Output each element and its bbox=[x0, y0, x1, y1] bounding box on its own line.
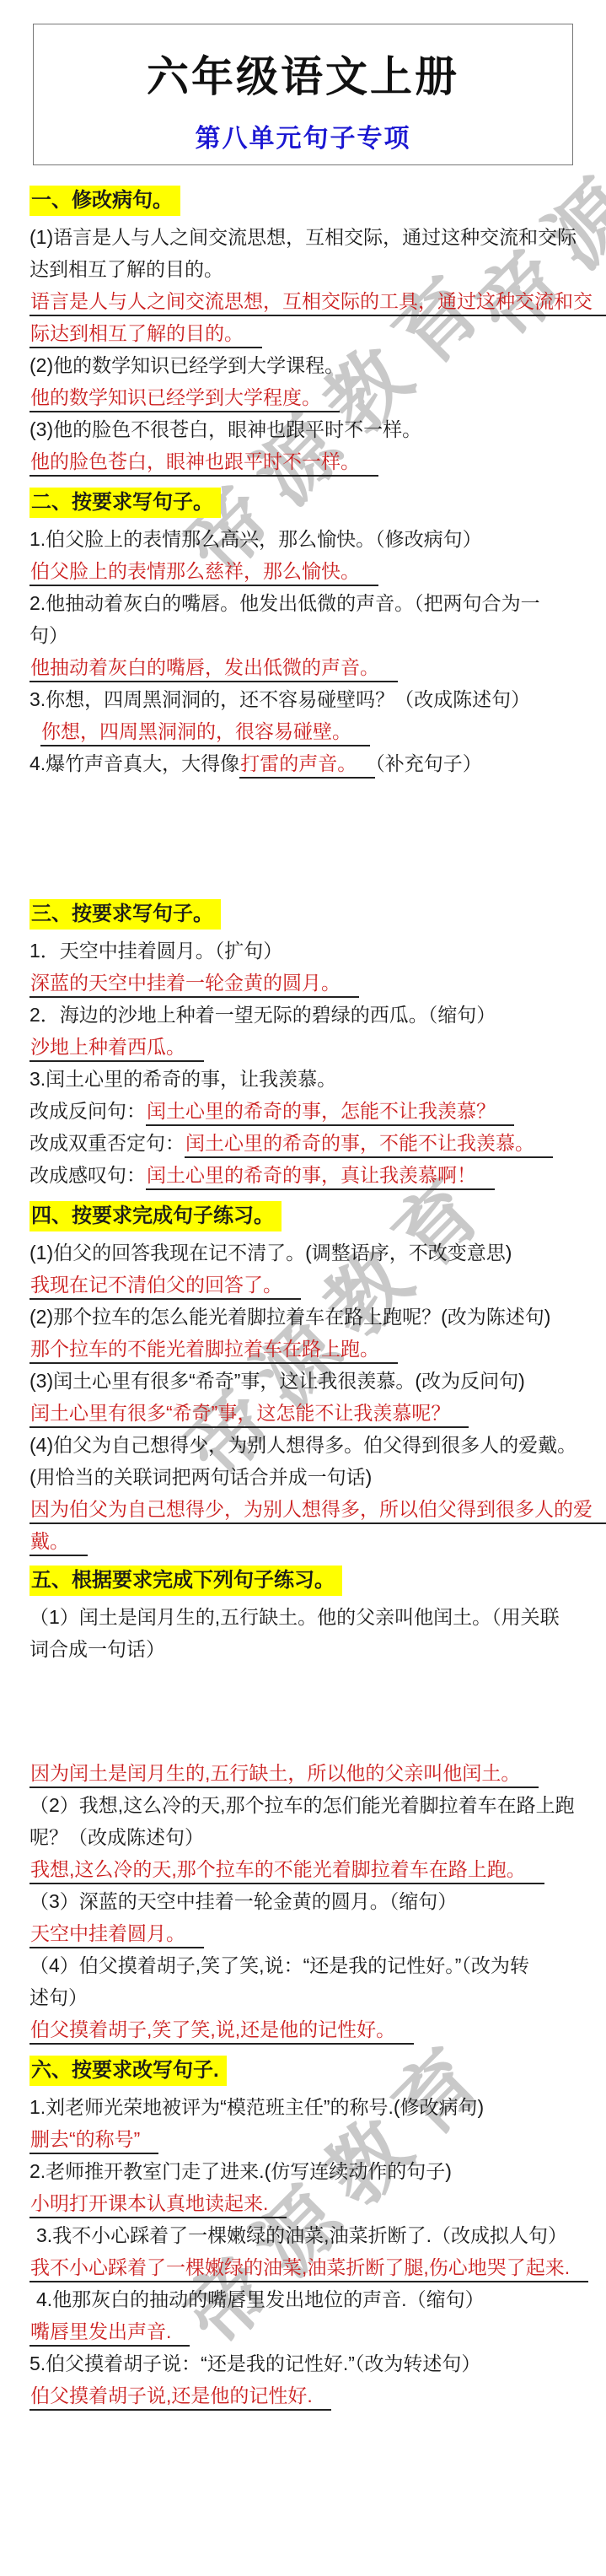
question-text: 述句） bbox=[29, 1986, 88, 2008]
section-4: 四、按要求完成句子练习。(1)伯父的回答我现在记不清了。(调整语序，不改变意思)… bbox=[29, 1201, 582, 1559]
answer-text: 因为伯父为自己想得少，为别人想得多，所以伯父得到很多人的爱 bbox=[29, 1498, 606, 1524]
text-line: 删去“的称号” bbox=[29, 2125, 582, 2157]
section-header-row: 五、根据要求完成下列句子练习。 bbox=[29, 1566, 582, 1603]
text-line: 嘴唇里发出声音. bbox=[29, 2317, 582, 2349]
answer-text: 深蓝的天空中挂着一轮金黄的圆月。 bbox=[29, 972, 359, 998]
question-text: 3.闰土心里的希奇的事，让我羡慕。 bbox=[29, 1068, 336, 1090]
answer-text: 我现在记不清伯父的回答了。 bbox=[29, 1274, 301, 1300]
section-header: 一、修改病句。 bbox=[29, 186, 180, 216]
question-text: （2）我想,这么冷的天,那个拉车的怎们能光着脚拉着车在路上跑 bbox=[29, 1794, 575, 1816]
question-text: 3.我不小心踩着了一棵嫩绿的油菜,油菜折断了.（改成拟人句） bbox=[36, 2224, 567, 2246]
question-text: （补充句子） bbox=[375, 752, 482, 774]
text-line: 深蓝的天空中挂着一轮金黄的圆月。 bbox=[29, 968, 582, 1000]
text-line: 1．天空中挂着圆月。（扩句） bbox=[29, 936, 582, 968]
answer-text: 我不小心踩着了一棵嫩绿的油菜,油菜折断了腿,伤心地哭了起来. bbox=[29, 2256, 588, 2282]
question-text: (2)那个拉车的怎么能光着脚拉着车在路上跑呢？(改为陈述句) bbox=[29, 1306, 550, 1328]
text-line: (3)闰土心里有很多“希奇”事，这让我很羡慕。(改为反问句) bbox=[29, 1366, 582, 1398]
answer-text: 际达到相互了解的目的。 bbox=[29, 322, 262, 348]
text-line: 改成反问句：闰土心里的希奇的事，怎能不让我羡慕？ bbox=[29, 1097, 582, 1129]
section-header-row: 三、按要求写句子。 bbox=[29, 899, 582, 936]
text-line: 2．海边的沙地上种着一望无际的碧绿的西瓜。（缩句） bbox=[29, 1000, 582, 1032]
text-line: 因为伯父为自己想得少，为别人想得多，所以伯父得到很多人的爱 bbox=[29, 1495, 582, 1527]
question-text: 2.他抽动着灰白的嘴唇。他发出低微的声音。（把两句合为一 bbox=[29, 592, 540, 614]
question-text: (1)语言是人与人之间交流思想，互相交际，通过这种交流和交际 bbox=[29, 226, 577, 248]
question-text: (1)伯父的回答我现在记不清了。(调整语序，不改变意思) bbox=[29, 1242, 512, 1264]
text-line: 句） bbox=[29, 621, 582, 653]
text-line: 词合成一句话） bbox=[29, 1635, 582, 1667]
question-text: 达到相互了解的目的。 bbox=[29, 258, 223, 280]
title-box: 六年级语文上册 第八单元句子专项 bbox=[33, 24, 573, 165]
text-line: 因为闰土是闰月生的,五行缺土，所以他的父亲叫他闰土。 bbox=[29, 1759, 582, 1791]
question-text: (3)他的脸色不很苍白，眼神也跟平时不一样。 bbox=[29, 418, 421, 440]
text-line: (1)语言是人与人之间交流思想，互相交际，通过这种交流和交际 bbox=[29, 223, 582, 255]
section-header: 五、根据要求完成下列句子练习。 bbox=[29, 1566, 342, 1596]
question-text: 4.爆竹声音真大，大得像 bbox=[29, 752, 239, 774]
question-text: 改成反问句： bbox=[29, 1100, 146, 1122]
question-text: 2.老师推开教室门走了进来.(仿写连续动作的句子) bbox=[29, 2160, 452, 2182]
page-subtitle: 第八单元句子专项 bbox=[34, 117, 572, 154]
text-line: 伯父摸着胡子,笑了笑,说,还是他的记性好。 bbox=[29, 2015, 582, 2047]
text-line: 达到相互了解的目的。 bbox=[29, 255, 582, 287]
text-line: 他抽动着灰白的嘴唇，发出低微的声音。 bbox=[29, 653, 582, 685]
answer-text: 删去“的称号” bbox=[29, 2128, 158, 2154]
text-line: 闰土心里有很多“希奇”事，这怎能不让我羡慕呢？ bbox=[29, 1398, 582, 1431]
text-line: 1.刘老师光荣地被评为“模范班主任”的称号.(修改病句) bbox=[29, 2093, 582, 2125]
section-1: 一、修改病句。(1)语言是人与人之间交流思想，互相交际，通过这种交流和交际达到相… bbox=[29, 186, 582, 479]
text-line: 4.爆竹声音真大，大得像打雷的声音。（补充句子） bbox=[29, 749, 582, 781]
answer-text: 他抽动着灰白的嘴唇，发出低微的声音。 bbox=[29, 656, 398, 682]
section-header-row: 四、按要求完成句子练习。 bbox=[29, 1201, 582, 1238]
text-line: 4.他那灰白的抽动的嘴唇里发出地位的声音.（缩句） bbox=[29, 2285, 582, 2317]
answer-text: 伯父摸着胡子说,还是他的记性好. bbox=[29, 2385, 331, 2411]
answer-text: 你想，四周黑洞洞的，很容易碰壁。 bbox=[40, 720, 370, 746]
text-line: 2.他抽动着灰白的嘴唇。他发出低微的声音。（把两句合为一 bbox=[29, 589, 582, 621]
section-header-row: 一、修改病句。 bbox=[29, 186, 582, 223]
text-line: 天空中挂着圆月。 bbox=[29, 1919, 582, 1951]
answer-text: 伯父摸着胡子,笑了笑,说,还是他的记性好。 bbox=[29, 2018, 414, 2045]
answer-text: 伯父脸上的表情那么慈祥，那么愉快。 bbox=[29, 560, 378, 586]
answer-text: 语言是人与人之间交流思想，互相交际的工具，通过这种交流和交 bbox=[29, 290, 606, 316]
text-line: 1.伯父脸上的表情那么高兴，那么愉快。（修改病句） bbox=[29, 525, 582, 557]
text-line: 呢？（改成陈述句） bbox=[29, 1823, 582, 1855]
question-text: 3.你想，四周黑洞洞的，还不容易碰壁吗？（改成陈述句） bbox=[29, 688, 530, 710]
text-line: 改成感叹句：闰土心里的希奇的事，真让我羡慕啊！ bbox=[29, 1161, 582, 1193]
text-line: 语言是人与人之间交流思想，互相交际的工具，通过这种交流和交 bbox=[29, 287, 582, 319]
answer-text: 我想,这么冷的天,那个拉车的不能光着脚拉着车在路上跑。 bbox=[29, 1858, 544, 1884]
section-header: 三、按要求写句子。 bbox=[29, 899, 221, 930]
text-line: （2）我想,这么冷的天,那个拉车的怎们能光着脚拉着车在路上跑 bbox=[29, 1791, 582, 1823]
answer-text: 他的脸色苍白，眼神也跟平时不一样。 bbox=[29, 450, 378, 477]
page-title: 六年级语文上册 bbox=[34, 43, 572, 104]
question-text: 改成感叹句： bbox=[29, 1164, 146, 1186]
text-line: 沙地上种着西瓜。 bbox=[29, 1032, 582, 1064]
section-header: 六、按要求改写句子. bbox=[29, 2056, 227, 2086]
question-text: （4）伯父摸着胡子,笑了笑,说：“还是我的记性好。”（改为转 bbox=[29, 1954, 529, 1976]
section-header-row: 二、按要求写句子。 bbox=[29, 488, 582, 525]
section-header-row: 六、按要求改写句子. bbox=[29, 2056, 582, 2093]
text-line: (2)他的数学知识已经学到大学课程。 bbox=[29, 351, 582, 383]
answer-text: 嘴唇里发出声音. bbox=[29, 2320, 190, 2347]
text-line: （4）伯父摸着胡子,笑了笑,说：“还是我的记性好。”（改为转 bbox=[29, 1951, 582, 1983]
question-text: (用恰当的关联词把两句话合并成一句话) bbox=[29, 1466, 372, 1488]
text-line: (2)那个拉车的怎么能光着脚拉着车在路上跑呢？(改为陈述句) bbox=[29, 1302, 582, 1334]
text-line: （1）闰土是闰月生的,五行缺土。他的父亲叫他闰土。（用关联 bbox=[29, 1603, 582, 1635]
text-line: 际达到相互了解的目的。 bbox=[29, 319, 582, 351]
text-line: 2.老师推开教室门走了进来.(仿写连续动作的句子) bbox=[29, 2157, 582, 2189]
section-header: 二、按要求写句子。 bbox=[29, 488, 221, 518]
section-2: 二、按要求写句子。1.伯父脸上的表情那么高兴，那么愉快。（修改病句）伯父脸上的表… bbox=[29, 488, 582, 781]
text-line: 3.你想，四周黑洞洞的，还不容易碰壁吗？（改成陈述句） bbox=[29, 685, 582, 717]
text-line: 5.伯父摸着胡子说：“还是我的记性好.”（改为转述句） bbox=[29, 2349, 582, 2381]
text-line: 我现在记不清伯父的回答了。 bbox=[29, 1270, 582, 1302]
answer-text: 戴。 bbox=[29, 1530, 88, 1556]
question-text: 句） bbox=[29, 624, 68, 646]
question-text: 1.伯父脸上的表情那么高兴，那么愉快。（修改病句） bbox=[29, 528, 482, 550]
text-line: 他的数学知识已经学到大学程度。 bbox=[29, 383, 582, 415]
text-line: 小明打开课本认真地读起来. bbox=[29, 2189, 582, 2221]
text-line: (1)伯父的回答我现在记不清了。(调整语序，不改变意思) bbox=[29, 1238, 582, 1270]
answer-text: 小明打开课本认真地读起来. bbox=[29, 2192, 287, 2218]
question-text: 1．天空中挂着圆月。（扩句） bbox=[29, 940, 282, 962]
answer-text: 天空中挂着圆月。 bbox=[29, 1922, 204, 1948]
answer-text: 他的数学知识已经学到大学程度。 bbox=[29, 386, 340, 412]
text-line: 你想，四周黑洞洞的，很容易碰壁。 bbox=[29, 717, 582, 749]
answer-text: 打雷的声音。 bbox=[239, 752, 375, 779]
answer-text: 那个拉车的不能光着脚拉着车在路上跑。 bbox=[29, 1338, 398, 1364]
answer-text: 闰土心里有很多“希奇”事，这怎能不让我羡慕呢？ bbox=[29, 1402, 469, 1428]
question-text: 呢？（改成陈述句） bbox=[29, 1826, 204, 1848]
text-line: 3.闰土心里的希奇的事，让我羡慕。 bbox=[29, 1064, 582, 1097]
text-line: 他的脸色苍白，眼神也跟平时不一样。 bbox=[29, 447, 582, 479]
answer-text: 因为闰土是闰月生的,五行缺土，所以他的父亲叫他闰土。 bbox=[29, 1762, 539, 1788]
section-5: 五、根据要求完成下列句子练习。（1）闰土是闰月生的,五行缺土。他的父亲叫他闰土。… bbox=[29, 1566, 582, 2047]
question-text: 2．海边的沙地上种着一望无际的碧绿的西瓜。（缩句） bbox=[29, 1004, 496, 1026]
question-text: (2)他的数学知识已经学到大学课程。 bbox=[29, 354, 344, 376]
content: 一、修改病句。(1)语言是人与人之间交流思想，互相交际，通过这种交流和交际达到相… bbox=[0, 186, 606, 2413]
section-header: 四、按要求完成句子练习。 bbox=[29, 1201, 282, 1231]
text-line: 述句） bbox=[29, 1983, 582, 2015]
answer-text: 闰土心里的希奇的事，怎能不让我羡慕？ bbox=[146, 1100, 514, 1126]
text-line: (3)他的脸色不很苍白，眼神也跟平时不一样。 bbox=[29, 415, 582, 447]
text-line: 伯父脸上的表情那么慈祥，那么愉快。 bbox=[29, 557, 582, 589]
text-line: 3.我不小心踩着了一棵嫩绿的油菜,油菜折断了.（改成拟人句） bbox=[29, 2221, 582, 2253]
question-text: （3）深蓝的天空中挂着一轮金黄的圆月。（缩句） bbox=[29, 1890, 457, 1912]
text-line: （3）深蓝的天空中挂着一轮金黄的圆月。（缩句） bbox=[29, 1887, 582, 1919]
question-text: 5.伯父摸着胡子说：“还是我的记性好.”（改为转述句） bbox=[29, 2352, 480, 2374]
text-line: (用恰当的关联词把两句话合并成一句话) bbox=[29, 1463, 582, 1495]
question-text: 1.刘老师光荣地被评为“模范班主任”的称号.(修改病句) bbox=[29, 2096, 484, 2118]
text-line: 那个拉车的不能光着脚拉着车在路上跑。 bbox=[29, 1334, 582, 1366]
text-line: 伯父摸着胡子说,还是他的记性好. bbox=[29, 2381, 582, 2413]
worksheet-page: 帝源教育帝源教育帝源教育帝源教育 六年级语文上册 第八单元句子专项 一、修改病句… bbox=[0, 0, 606, 2576]
question-text: (4)伯父为自己想得少，为别人想得多。伯父得到很多人的爱戴。 bbox=[29, 1434, 577, 1456]
text-line: 我想,这么冷的天,那个拉车的不能光着脚拉着车在路上跑。 bbox=[29, 1855, 582, 1887]
text-line: 戴。 bbox=[29, 1527, 582, 1559]
question-text: 改成双重否定句： bbox=[29, 1132, 185, 1154]
section-6: 六、按要求改写句子.1.刘老师光荣地被评为“模范班主任”的称号.(修改病句)删去… bbox=[29, 2056, 582, 2413]
text-line: 改成双重否定句：闰土心里的希奇的事，不能不让我羡慕。 bbox=[29, 1129, 582, 1161]
text-line: 我不小心踩着了一棵嫩绿的油菜,油菜折断了腿,伤心地哭了起来. bbox=[29, 2253, 582, 2285]
question-text: 词合成一句话） bbox=[29, 1638, 165, 1660]
answer-text: 闰土心里的希奇的事，不能不让我羡慕。 bbox=[185, 1132, 553, 1158]
question-text: (3)闰土心里有很多“希奇”事，这让我很羡慕。(改为反问句) bbox=[29, 1370, 525, 1392]
question-text: （1）闰土是闰月生的,五行缺土。他的父亲叫他闰土。（用关联 bbox=[29, 1606, 560, 1628]
answer-text: 闰土心里的希奇的事，真让我羡慕啊！ bbox=[146, 1164, 495, 1190]
question-text: 4.他那灰白的抽动的嘴唇里发出地位的声音.（缩句） bbox=[36, 2288, 485, 2310]
section-3: 三、按要求写句子。1．天空中挂着圆月。（扩句）深蓝的天空中挂着一轮金黄的圆月。2… bbox=[29, 899, 582, 1193]
text-line: (4)伯父为自己想得少，为别人想得多。伯父得到很多人的爱戴。 bbox=[29, 1431, 582, 1463]
answer-text: 沙地上种着西瓜。 bbox=[29, 1036, 204, 1062]
